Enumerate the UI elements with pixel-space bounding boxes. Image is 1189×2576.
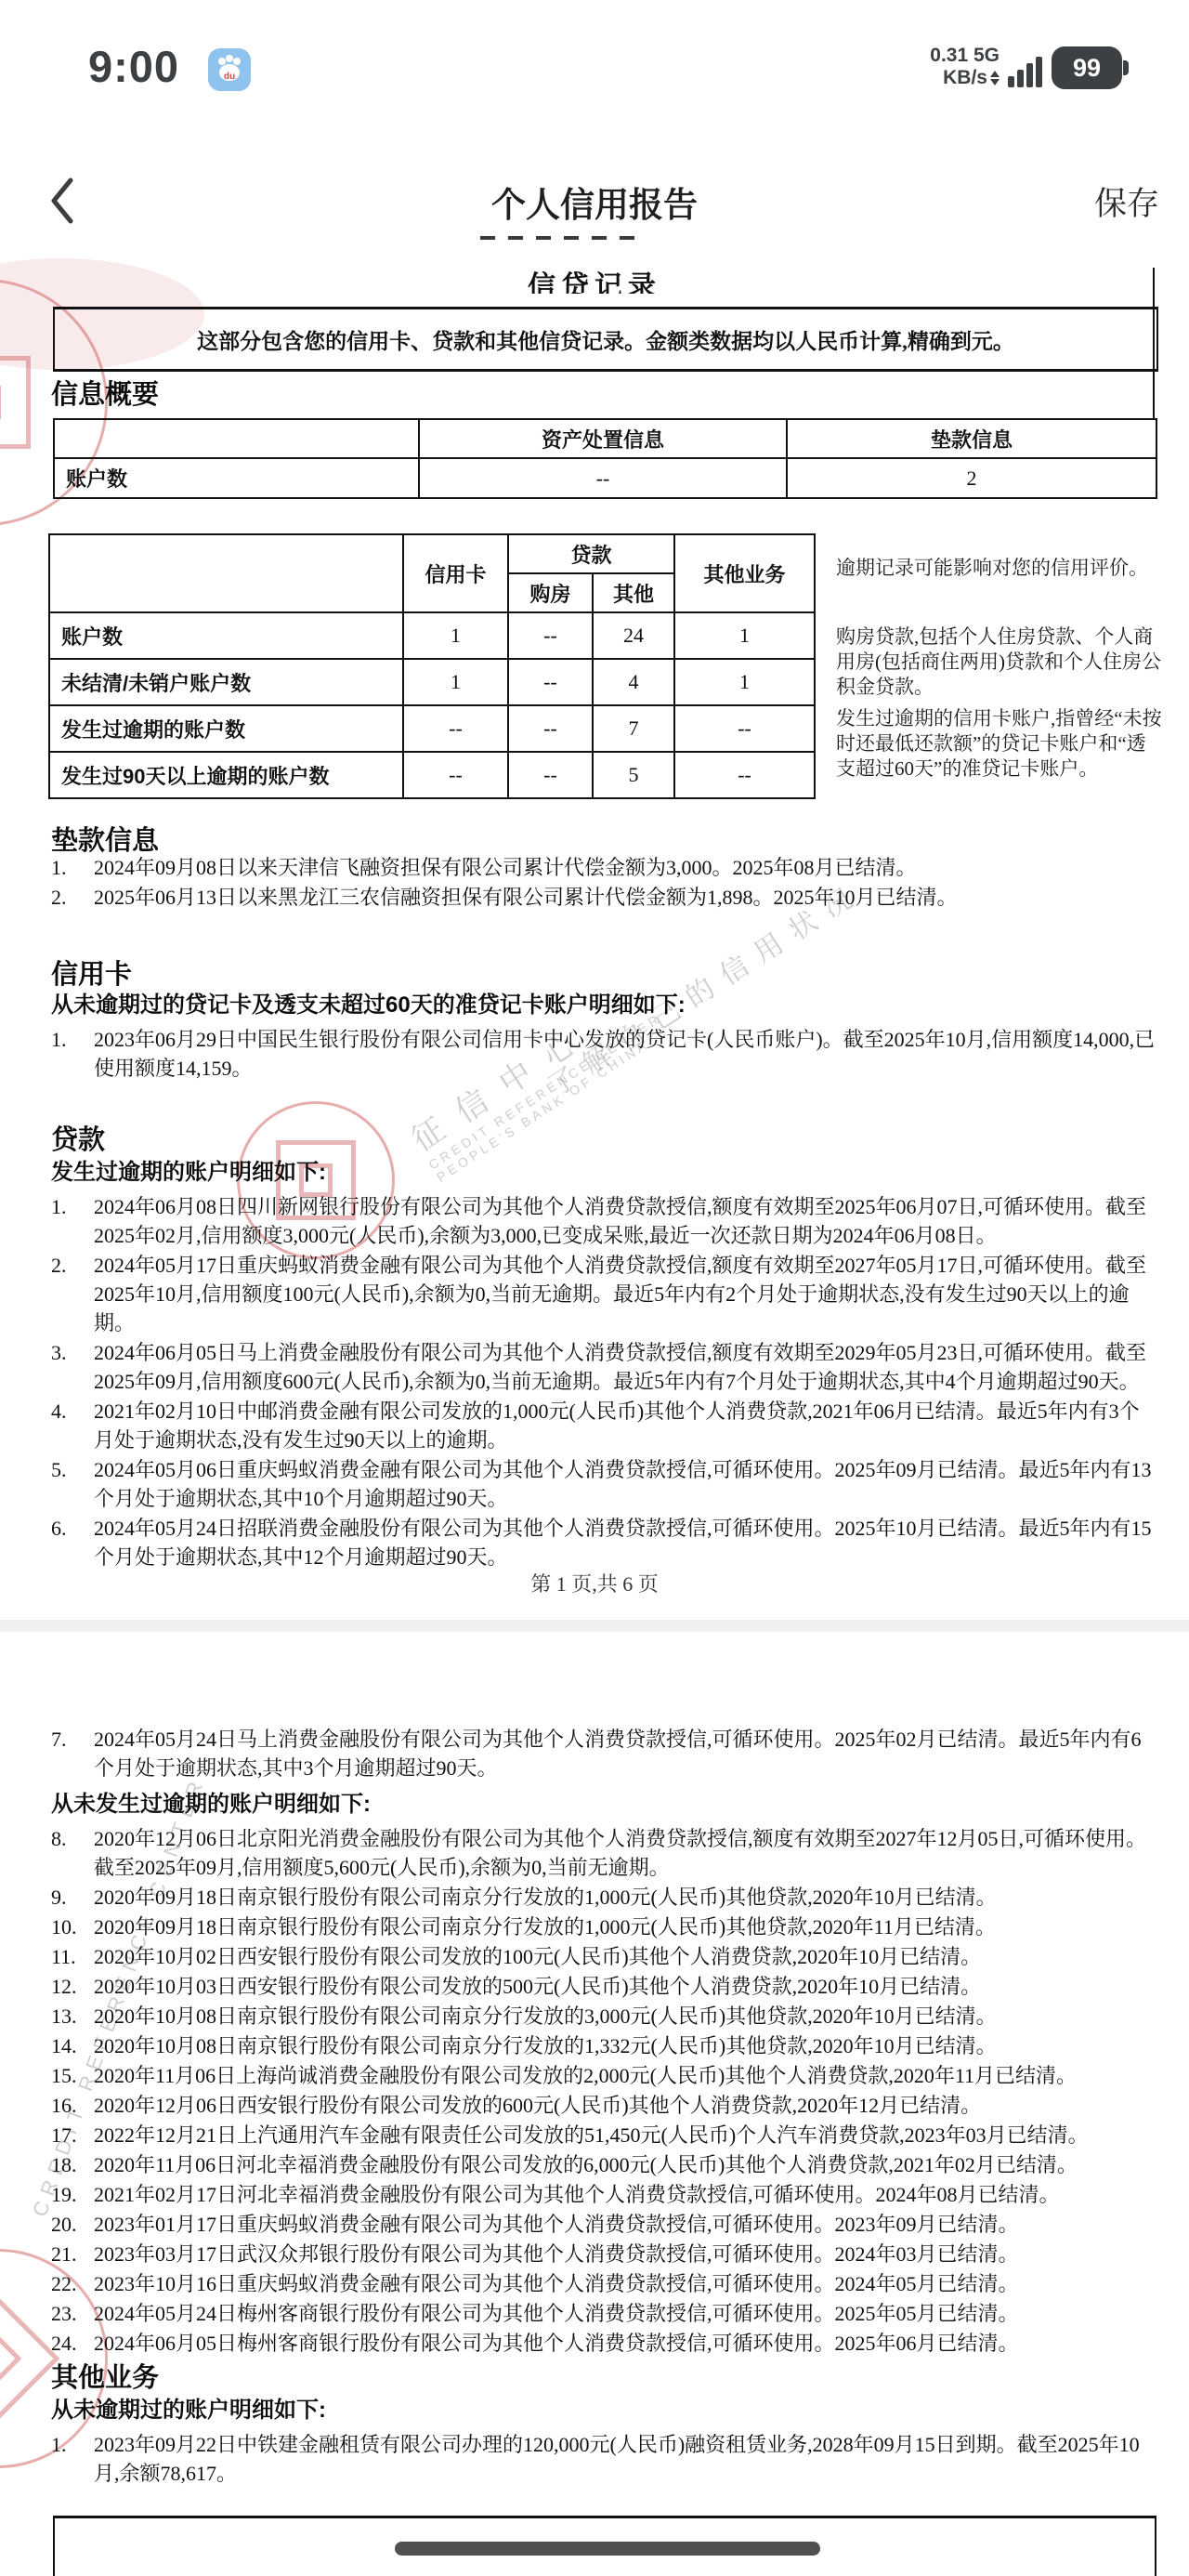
clock: 9:00 [88, 41, 179, 92]
overdue-loan-list-continued: 7.2024年05月24日马上消费金融股份有限公司为其他个人消费贷款授信,可循环… [51, 1725, 1158, 1782]
screen: 了解自己的信用状况 征信中心 CREDIT REFERENCE CENTER P… [0, 0, 1189, 2576]
list-item-number: 18. [51, 2150, 94, 2179]
overdue-loan-list: 1.2024年06月08日四川新网银行股份有限公司为其他个人消费贷款授信,额度有… [51, 1192, 1158, 1571]
list-item-number: 9. [51, 1883, 94, 1912]
heading-advance-payment: 垫款信息 [51, 820, 159, 858]
list-item-text: 2023年03月17日武汉众邦银行股份有限公司为其他个人消费贷款授信,可循环使用… [94, 2242, 1019, 2266]
list-item-text: 2024年05月24日梅州客商银行股份有限公司为其他个人消费贷款授信,可循环使用… [94, 2302, 1019, 2325]
report-list-item: 7.2024年05月24日马上消费金融股份有限公司为其他个人消费贷款授信,可循环… [51, 1725, 1158, 1782]
advance-value: 2 [787, 458, 1156, 498]
report-list-item: 12.2020年10月03日西安银行股份有限公司发放的500元(人民币)其他个人… [51, 1972, 1158, 2001]
report-list-item: 6.2024年05月24日招联消费金融股份有限公司为其他个人消费贷款授信,可循环… [51, 1514, 1158, 1571]
report-list-item: 20.2023年01月17日重庆蚂蚁消费金融有限公司为其他个人消费贷款授信,可循… [51, 2210, 1158, 2239]
list-item-number: 11. [51, 1942, 94, 1971]
report-list-item: 11.2020年10月02日西安银行股份有限公司发放的100元(人民币)其他个人… [51, 1942, 1158, 1971]
list-item-text: 2024年05月24日马上消费金融股份有限公司为其他个人消费贷款授信,可循环使用… [94, 1728, 1142, 1780]
heading-overview: 信息概要 [51, 374, 159, 412]
list-item-number: 20. [51, 2210, 94, 2239]
list-item-number: 2. [51, 883, 94, 912]
list-item-text: 2024年09月08日以来天津信飞融资担保有限公司累计代偿金额为3,000。20… [94, 856, 917, 879]
row-label: 未结清/未销户账户数 [49, 659, 403, 705]
list-item-number: 14. [51, 2031, 94, 2060]
note-overdue-card: 发生过逾期的信用卡账户,指曾经“未按时还最低还款额”的贷记卡账户和“透支超过60… [836, 706, 1163, 782]
svg-text:du: du [224, 72, 235, 82]
home-indicator[interactable] [395, 2542, 820, 2556]
note-house-loan: 购房贷款,包括个人住房贷款、个人商用房(包括商住两用)贷款和个人住房公积金贷款。 [836, 624, 1163, 700]
list-item-text: 2023年10月16日重庆蚂蚁消费金融有限公司为其他个人消费贷款授信,可循环使用… [94, 2272, 1019, 2295]
report-list-item: 3.2024年06月05日马上消费金融股份有限公司为其他个人消费贷款授信,额度有… [51, 1338, 1158, 1396]
list-item-text: 2020年10月03日西安银行股份有限公司发放的500元(人民币)其他个人消费贷… [94, 1975, 981, 1998]
report-list-item: 17.2022年12月21日上汽通用汽车金融有限责任公司发放的51,450元(人… [51, 2121, 1158, 2149]
signal-bars-icon [1005, 57, 1042, 91]
list-item-number: 16. [51, 2091, 94, 2120]
list-item-text: 2020年11月06日上海尚诚消费金融股份有限公司发放的2,000元(人民币)其… [94, 2064, 1077, 2087]
overview-table: 资产处置信息 垫款信息 账户数 -- 2 [53, 418, 1157, 499]
list-item-text: 2020年12月06日西安银行股份有限公司发放的600元(人民币)其他个人消费贷… [94, 2094, 981, 2117]
row-label: 发生过逾期的账户数 [49, 705, 403, 752]
list-item-number: 4. [51, 1397, 94, 1426]
list-item-number: 1. [51, 2430, 94, 2459]
report-list-item: 9.2020年09月18日南京银行股份有限公司南京分行发放的1,000元(人民币… [51, 1883, 1158, 1912]
save-button[interactable]: 保存 [1094, 178, 1159, 225]
baidu-paw-icon: du [208, 48, 251, 91]
list-item-number: 19. [51, 2180, 94, 2209]
report-list-item: 24.2024年06月05日梅州客商银行股份有限公司为其他个人消费贷款授信,可循… [51, 2329, 1158, 2358]
report-list-item: 22.2023年10月16日重庆蚂蚁消费金融有限公司为其他个人消费贷款授信,可循… [51, 2269, 1158, 2298]
report-list-item: 1.2024年06月08日四川新网银行股份有限公司为其他个人消费贷款授信,额度有… [51, 1192, 1158, 1250]
list-item-text: 2022年12月21日上汽通用汽车金融有限责任公司发放的51,450元(人民币)… [94, 2123, 1089, 2147]
list-item-number: 3. [51, 1338, 94, 1367]
report-list-item: 10.2020年09月18日南京银行股份有限公司南京分行发放的1,000元(人民… [51, 1912, 1158, 1941]
list-item-number: 1. [51, 1192, 94, 1221]
list-item-text: 2021年02月17日河北幸福消费金融股份有限公司为其他个人消费贷款授信,可循环… [94, 2183, 1060, 2206]
report-list-item: 23.2024年05月24日梅州客商银行股份有限公司为其他个人消费贷款授信,可循… [51, 2299, 1158, 2328]
list-item-number: 6. [51, 1514, 94, 1543]
row-label-accounts: 账户数 [54, 458, 419, 498]
col-other-business: 其他业务 [674, 534, 815, 612]
row-label: 发生过90天以上逾期的账户数 [49, 752, 403, 798]
list-item-text: 2023年06月29日中国民生银行股份有限公司信用卡中心发放的贷记卡(人民币账户… [94, 1028, 1155, 1080]
list-item-text: 2023年09月22日中铁建金融租赁有限公司办理的120,000元(人民币)融资… [94, 2433, 1140, 2485]
network-status: 0.31 5G KB/s 99 [930, 32, 1122, 91]
credit-card-list: 1.2023年06月29日中国民生银行股份有限公司信用卡中心发放的贷记卡(人民币… [51, 1025, 1158, 1083]
report-list-item: 2.2024年05月17日重庆蚂蚁消费金融有限公司为其他个人消费贷款授信,额度有… [51, 1251, 1158, 1337]
col-other-loan: 其他 [593, 573, 674, 612]
page-title: 个人信用报告 [0, 177, 1189, 227]
credit-card-section: 从未逾期过的贷记卡及透支未超过60天的准贷记卡账户明细如下: 1.2023年06… [51, 983, 1158, 1084]
clean-loan-list: 8.2020年12月06日北京阳光消费金融股份有限公司为其他个人消费贷款授信,额… [51, 1824, 1158, 2358]
list-item-text: 2025年06月13日以来黑龙江三农信融资担保有限公司累计代偿金额为1,898。… [94, 886, 958, 909]
list-item-text: 2020年10月08日南京银行股份有限公司南京分行发放的1,332元(人民币)其… [94, 2034, 997, 2057]
list-item-number: 7. [51, 1725, 94, 1754]
col-house-loan: 购房 [508, 573, 593, 612]
report-list-item: 18.2020年11月06日河北幸福消费金融股份有限公司发放的6,000元(人民… [51, 2150, 1158, 2179]
status-bar: 9:00 du 0.31 5G KB/s 99 [0, 0, 1189, 102]
row-label: 账户数 [49, 612, 403, 659]
list-item-number: 2. [51, 1251, 94, 1280]
list-item-number: 23. [51, 2299, 94, 2328]
list-item-text: 2024年05月24日招联消费金融股份有限公司为其他个人消费贷款授信,可循环使用… [94, 1517, 1152, 1569]
list-item-number: 5. [51, 1455, 94, 1484]
list-item-text: 2023年01月17日重庆蚂蚁消费金融有限公司为其他个人消费贷款授信,可循环使用… [94, 2213, 1019, 2236]
list-item-text: 2020年11月06日河北幸福消费金融股份有限公司发放的6,000元(人民币)其… [94, 2153, 1078, 2176]
list-item-number: 12. [51, 1972, 94, 2001]
loan-overdue-section: 发生过逾期的账户明细如下: 1.2024年06月08日四川新网银行股份有限公司为… [51, 1150, 1158, 1572]
list-item-number: 10. [51, 1912, 94, 1941]
advance-payment-list: 1.2024年09月08日以来天津信飞融资担保有限公司累计代偿金额为3,000。… [51, 853, 1158, 913]
list-item-number: 15. [51, 2061, 94, 2090]
report-list-item: 5.2024年05月06日重庆蚂蚁消费金融有限公司为其他个人消费贷款授信,可循环… [51, 1455, 1158, 1513]
list-item-number: 21. [51, 2240, 94, 2268]
intro-statement-box: 这部分包含您的信用卡、贷款和其他信贷记录。金额类数据均以人民币计算,精确到元。 [53, 307, 1158, 372]
list-item-text: 2024年06月05日马上消费金融股份有限公司为其他个人消费贷款授信,额度有效期… [94, 1341, 1146, 1393]
report-list-item: 1.2023年09月22日中铁建金融租赁有限公司办理的120,000元(人民币)… [51, 2430, 1158, 2488]
report-list-item: 16.2020年12月06日西安银行股份有限公司发放的600元(人民币)其他个人… [51, 2091, 1158, 2120]
updown-arrows-icon [990, 71, 1000, 85]
clipped-line-artifact [480, 236, 643, 240]
page-separator [0, 1620, 1189, 1632]
report-list-item: 1.2024年09月08日以来天津信飞融资担保有限公司累计代偿金额为3,000。… [51, 853, 1158, 882]
report-list-item: 4.2021年02月10日中邮消费金融有限公司发放的1,000元(人民币)其他个… [51, 1397, 1158, 1454]
list-item-text: 2020年10月08日南京银行股份有限公司南京分行发放的3,000元(人民币)其… [94, 2004, 997, 2028]
page-number: 第 1 页,共 6 页 [0, 1569, 1189, 1597]
note-overdue: 逾期记录可能影响对您的信用评价。 [836, 556, 1163, 581]
list-item-text: 2024年05月17日重庆蚂蚁消费金融有限公司为其他个人消费贷款授信,额度有效期… [94, 1254, 1146, 1334]
report-list-item: 2.2025年06月13日以来黑龙江三农信融资担保有限公司累计代偿金额为1,89… [51, 883, 1158, 912]
other-business-section: 从未逾期过的账户明细如下: 1.2023年09月22日中铁建金融租赁有限公司办理… [51, 2388, 1158, 2489]
list-item-number: 13. [51, 2002, 94, 2031]
report-list-item: 14.2020年10月08日南京银行股份有限公司南京分行发放的1,332元(人民… [51, 2031, 1158, 2060]
list-item-text: 2024年05月06日重庆蚂蚁消费金融有限公司为其他个人消费贷款授信,可循环使用… [94, 1458, 1152, 1510]
list-item-text: 2024年06月05日梅州客商银行股份有限公司为其他个人消费贷款授信,可循环使用… [94, 2332, 1019, 2355]
list-item-text: 2020年09月18日南京银行股份有限公司南京分行发放的1,000元(人民币)其… [94, 1915, 996, 1939]
col-loan: 贷款 [508, 534, 674, 573]
report-list-item: 19.2021年02月17日河北幸福消费金融股份有限公司为其他个人消费贷款授信,… [51, 2180, 1158, 2209]
battery-icon: 99 [1052, 46, 1122, 89]
list-item-number: 24. [51, 2329, 94, 2358]
list-item-number: 1. [51, 1025, 94, 1054]
asset-value: -- [419, 458, 787, 498]
other-business-list: 1.2023年09月22日中铁建金融租赁有限公司办理的120,000元(人民币)… [51, 2430, 1158, 2488]
report-list-item: 15.2020年11月06日上海尚诚消费金融股份有限公司发放的2,000元(人民… [51, 2061, 1158, 2090]
list-item-text: 2020年12月06日北京阳光消费金融股份有限公司为其他个人消费贷款授信,额度有… [94, 1827, 1146, 1879]
network-speed: 0.31 5G KB/s [930, 45, 1000, 91]
subheading-other-business: 从未逾期过的账户明细如下: [51, 2396, 1158, 2425]
list-item-text: 2020年09月18日南京银行股份有限公司南京分行发放的1,000元(人民币)其… [94, 1886, 997, 1909]
account-summary-table: 信用卡 贷款 其他业务 购房 其他 账户数 1 -- 24 1 未结清/未销户账… [48, 533, 816, 799]
report-list-item: 1.2023年06月29日中国民生银行股份有限公司信用卡中心发放的贷记卡(人民币… [51, 1025, 1158, 1083]
list-item-number: 8. [51, 1824, 94, 1853]
list-item-number: 1. [51, 853, 94, 882]
col-credit-card: 信用卡 [403, 534, 508, 612]
list-item-text: 2020年10月02日西安银行股份有限公司发放的100元(人民币)其他个人消费贷… [94, 1945, 981, 1968]
report-list-item: 21.2023年03月17日武汉众邦银行股份有限公司为其他个人消费贷款授信,可循… [51, 2240, 1158, 2268]
subheading-overdue-accounts: 发生过逾期的账户明细如下: [51, 1158, 1158, 1187]
col-asset-disposal: 资产处置信息 [419, 419, 787, 458]
subheading-clean-accounts: 从未发生过逾期的账户明细如下: [51, 1790, 1158, 1819]
col-advance-payment: 垫款信息 [787, 419, 1156, 458]
list-item-text: 2024年06月08日四川新网银行股份有限公司为其他个人消费贷款授信,额度有效期… [94, 1195, 1146, 1247]
list-item-text: 2021年02月10日中邮消费金融有限公司发放的1,000元(人民币)其他个人消… [94, 1400, 1140, 1452]
report-list-item: 13.2020年10月08日南京银行股份有限公司南京分行发放的3,000元(人民… [51, 2002, 1158, 2031]
list-item-number: 22. [51, 2269, 94, 2298]
nav-bar: 个人信用报告 保存 [0, 169, 1189, 240]
subheading-credit-card: 从未逾期过的贷记卡及透支未超过60天的准贷记卡账户明细如下: [51, 991, 1158, 1019]
list-item-number: 17. [51, 2121, 94, 2149]
section-title-credit-records: 信贷记录 [0, 271, 1189, 294]
loan-page2-section: 7.2024年05月24日马上消费金融股份有限公司为其他个人消费贷款授信,可循环… [51, 1725, 1158, 2359]
report-list-item: 8.2020年12月06日北京阳光消费金融股份有限公司为其他个人消费贷款授信,额… [51, 1824, 1158, 1882]
